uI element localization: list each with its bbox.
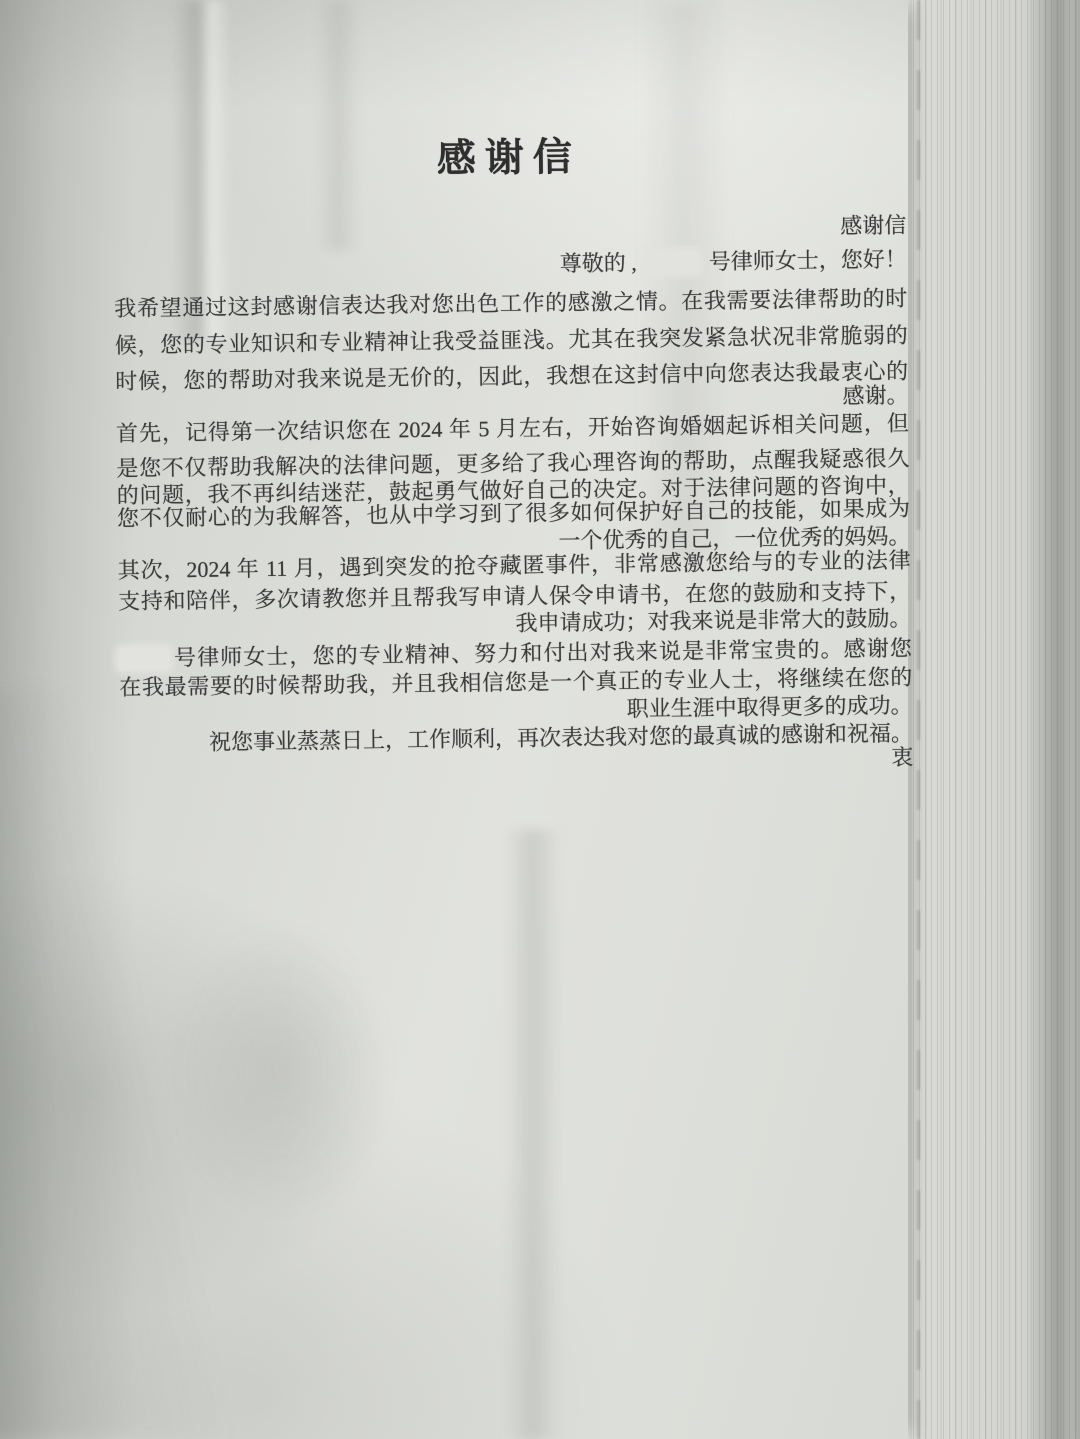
letter-header-line: 感谢信	[113, 212, 906, 250]
letter-line: 候，您的专业知识和专业精神让我受益匪浅。尤其在我突发紧急状况非常脆弱的	[115, 322, 908, 360]
paper-shadow	[120, 860, 440, 1280]
letter-body: 感谢信 感谢信 尊敬的 ,号律师女士，您好！ 我希望通过这封感谢信表达我对您出色…	[112, 120, 914, 830]
photo-of-letter: 感谢信 感谢信 尊敬的 ,号律师女士，您好！ 我希望通过这封感谢信表达我对您出色…	[0, 0, 1080, 1439]
paper-crease	[505, 830, 561, 1439]
redaction-blur-paragraph	[119, 647, 169, 670]
wood-table-surface	[895, 0, 1080, 1439]
salutation-suffix: 号律师女士，您好！	[709, 247, 907, 275]
salutation-prefix: 尊敬的 ,	[560, 250, 637, 276]
redaction-blur-salutation	[645, 251, 699, 274]
salutation-line: 尊敬的 ,号律师女士，您好！	[114, 246, 907, 284]
wood-grain-streak	[917, 0, 920, 1439]
letter-title: 感谢信	[112, 122, 906, 188]
letter-line: 我希望通过这封感谢信表达我对您出色工作的感激之情。在我需要法律帮助的时	[114, 285, 907, 323]
